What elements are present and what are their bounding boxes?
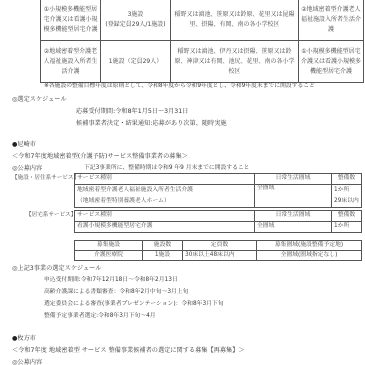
table-header-row: 募集施設 施設数 定員数 募集圏域(施設整備予定地) [75,241,362,251]
header-area: 日常生活圏域 [255,211,332,222]
area-cell: 稲野又は鴻池、伊丹又は摂陽、笹原又は鈴原、神津又は有岡、池尻、花里、南の各小学校… [171,41,299,83]
header-count: 整備数 [332,174,362,185]
table-note: ※各施設の整備目標年度は原則として、令和8年度から令和9年度とし、令和9年度末ま… [44,83,315,90]
service-cell: 看護小規模多機能型居宅介護 [75,222,255,233]
table-row: 地域密着型介護老人福祉施設入所者生活介護 （地域密着型特別養護老人ホーム） 全圏… [75,185,362,208]
table-row: ①小規模多機能型居宅介護又は看護小規模多機能型居宅介護 3施設 (登録定員29人… [41,0,364,41]
home-service-table: サービス種別 日常生活圏域 整備数 看護小規模多機能型居宅介護 全圏域 1か所 [74,210,362,233]
recruit-facility-table: 募集施設 施設数 定員数 募集圏域(施設整備予定地) 介護医療院 1施設 30床… [74,240,362,261]
count-sub: 29床以内 [334,196,359,207]
header-area: 募集圏域(施設整備予定地) [257,241,362,251]
capacity-cell: 30床以上48床以内 [183,251,257,261]
area-cell: 全圏域(圏域指定なし) [257,251,362,261]
schedule-item: 応募受付期間:令和8年1月5日～3月31日 [76,108,188,116]
service-cell: ②地域密着型介護老人福祉施設入所者生活介護 [41,41,101,83]
content-lead: 下記3事業所に、整備時期は令和9 年9 月末までに開設すること [84,165,249,172]
table-row: 介護医療院 1施設 30床以上48床以内 全圏域(圏域指定なし) [75,251,362,261]
table-header-row: サービス種別 日常生活圏域 整備数 [75,174,362,185]
schedule-item: 選定委員会による審査(事業者プレゼンテーション)：令和8年3月下旬 [44,301,224,308]
header-count: 整備数 [332,211,362,222]
count-cell: 1か所 29床以内 [332,185,362,208]
facility-service-table: サービス種別 日常生活圏域 整備数 地域密着型介護老人福祉施設入所者生活介護 （… [74,173,362,208]
header-area: 日常生活圏域 [255,174,332,185]
recruit-title: ＜令和7年度 地域密着型 サービス 整備事業候補者の選定に関する募集【再募集】＞ [12,347,245,355]
area-cell: 稲野又は鴻池、笹原又は鈴原、花里又は昆陽里、摂陽、有岡、南の各小学校区 [171,0,299,41]
schedule-heading: ◎上記3事業の選定スケジュール [12,265,101,273]
header-service: サービス種別 [75,211,255,222]
header-service: サービス種別 [75,174,255,185]
service-cell: ①小規模多機能型居宅介護又は看護小規模多機能型居宅介護 [41,0,101,41]
table-header-row: サービス種別 日常生活圏域 整備数 [75,211,362,222]
combo-cell: ②地域密着型介護老人福祉施設入所者生活介護 [299,0,364,41]
facility-service-label: 【施設・居住系サービス】 [12,175,79,182]
facility-area-table: ①小規模多機能型居宅介護又は看護小規模多機能型居宅介護 3施設 (登録定員29人… [40,0,364,83]
table-row: 看護小規模多機能型居宅介護 全圏域 1か所 [75,222,362,233]
service-sub: （地域密着型特別養護老人ホーム） [77,196,252,207]
num-cell: 1施設 [143,251,183,261]
city-heading-amagasaki: ●尼崎市 [12,141,36,149]
schedule-item: 高齢介護課による書類審査：令和8年2月中旬～3月上旬 [44,289,188,296]
combo-cell: ①小規模多機能型居宅介護又は看護小規模多機能型居宅介護 [299,41,364,83]
home-service-label: 【居宅系サービス】 [26,212,76,219]
area-cell: 全圏域 [255,222,332,233]
count-cell: 1施設（定員29人） [101,41,171,83]
area-cell: 全圏域 [255,185,332,208]
schedule-heading: ◎選定スケジュール [12,96,67,104]
content-heading: ◎公募内容 [12,165,42,173]
service-name: 地域密着型介護老人福祉施設入所者生活介護 [77,185,252,196]
count-value: 1か所 [334,185,359,196]
city-heading-hirakata: ●枚方市 [12,335,36,343]
count-cell: 3施設 (登録定員29人/1施設) [101,0,171,41]
header-capacity: 定員数 [183,241,257,251]
content-heading: ◎公募内容 [12,359,42,365]
header-facility: 募集施設 [75,241,143,251]
recruit-title: ＜令和7年度地域密着型(介護予防)サービス整備事業者の募集＞ [12,153,188,161]
count-cell: 1か所 [332,222,362,233]
table-row: ②地域密着型介護老人福祉施設入所者生活介護 1施設（定員29人） 稲野又は鴻池、… [41,41,364,83]
service-cell: 地域密着型介護老人福祉施設入所者生活介護 （地域密着型特別養護老人ホーム） [75,185,255,208]
schedule-item: 整備予定事業者選定:令和8年3月下旬～4月 [44,313,156,320]
header-num: 施設数 [143,241,183,251]
schedule-item: 申込受付期間:令和7年12月18日～令和8年2月13日 [44,277,178,284]
facility-cell: 介護医療院 [75,251,143,261]
schedule-item: 候補事業者決定・結果通知:応募があり次第、随時実施 [76,120,227,128]
